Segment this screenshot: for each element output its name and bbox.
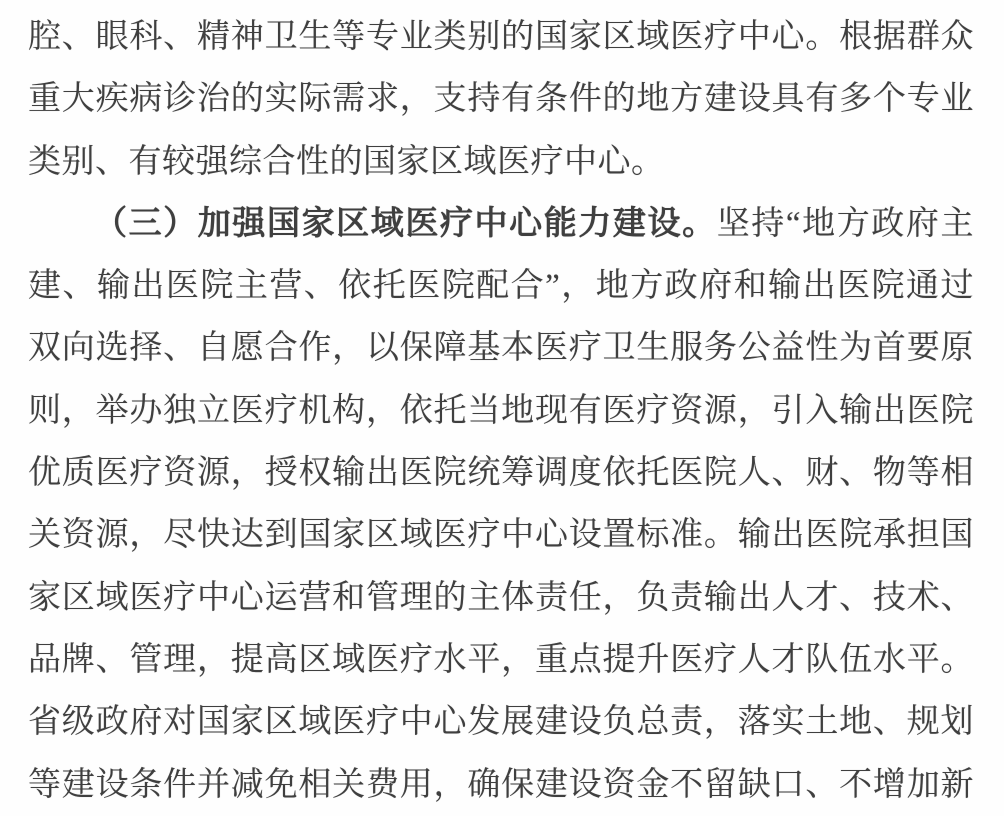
document-line: 关资源，尽快达到国家区域医疗中心设置标准。输出医院承担国 — [28, 504, 974, 566]
document-line: 腔、眼科、精神卫生等专业类别的国家区域医疗中心。根据群众 — [28, 6, 974, 68]
document-line: 则，举办独立医疗机构，依托当地现有医疗资源，引入输出医院 — [28, 380, 974, 442]
document-line: 类别、有较强综合性的国家区域医疗中心。 — [28, 131, 974, 193]
document-line: 等建设条件并减免相关费用，确保建设资金不留缺口、不增加新 — [28, 754, 974, 816]
document-line: 家区域医疗中心运营和管理的主体责任，负责输出人才、技术、 — [28, 567, 974, 629]
document-page: 腔、眼科、精神卫生等专业类别的国家区域医疗中心。根据群众 重大疾病诊治的实际需求… — [0, 0, 1004, 816]
document-line: 省级政府对国家区域医疗中心发展建设负总责，落实土地、规划 — [28, 691, 974, 753]
document-line-text: 坚持“地方政府主 — [717, 206, 974, 242]
document-line: 双向选择、自愿合作，以保障基本医疗卫生服务公益性为首要原 — [28, 317, 974, 379]
document-line: 建、输出医院主营、依托医院配合”，地方政府和输出医院通过 — [28, 255, 974, 317]
document-line: 重大疾病诊治的实际需求，支持有条件的地方建设具有多个专业 — [28, 68, 974, 130]
document-line: 优质医疗资源，授权输出医院统筹调度依托医院人、财、物等相 — [28, 442, 974, 504]
section-heading-text: （三）加强国家区域医疗中心能力建设。 — [94, 206, 717, 242]
document-line-section-heading: （三）加强国家区域医疗中心能力建设。坚持“地方政府主 — [28, 193, 974, 255]
document-line: 品牌、管理，提高区域医疗水平，重点提升医疗人才队伍水平。 — [28, 629, 974, 691]
document-body: 腔、眼科、精神卫生等专业类别的国家区域医疗中心。根据群众 重大疾病诊治的实际需求… — [28, 6, 974, 816]
